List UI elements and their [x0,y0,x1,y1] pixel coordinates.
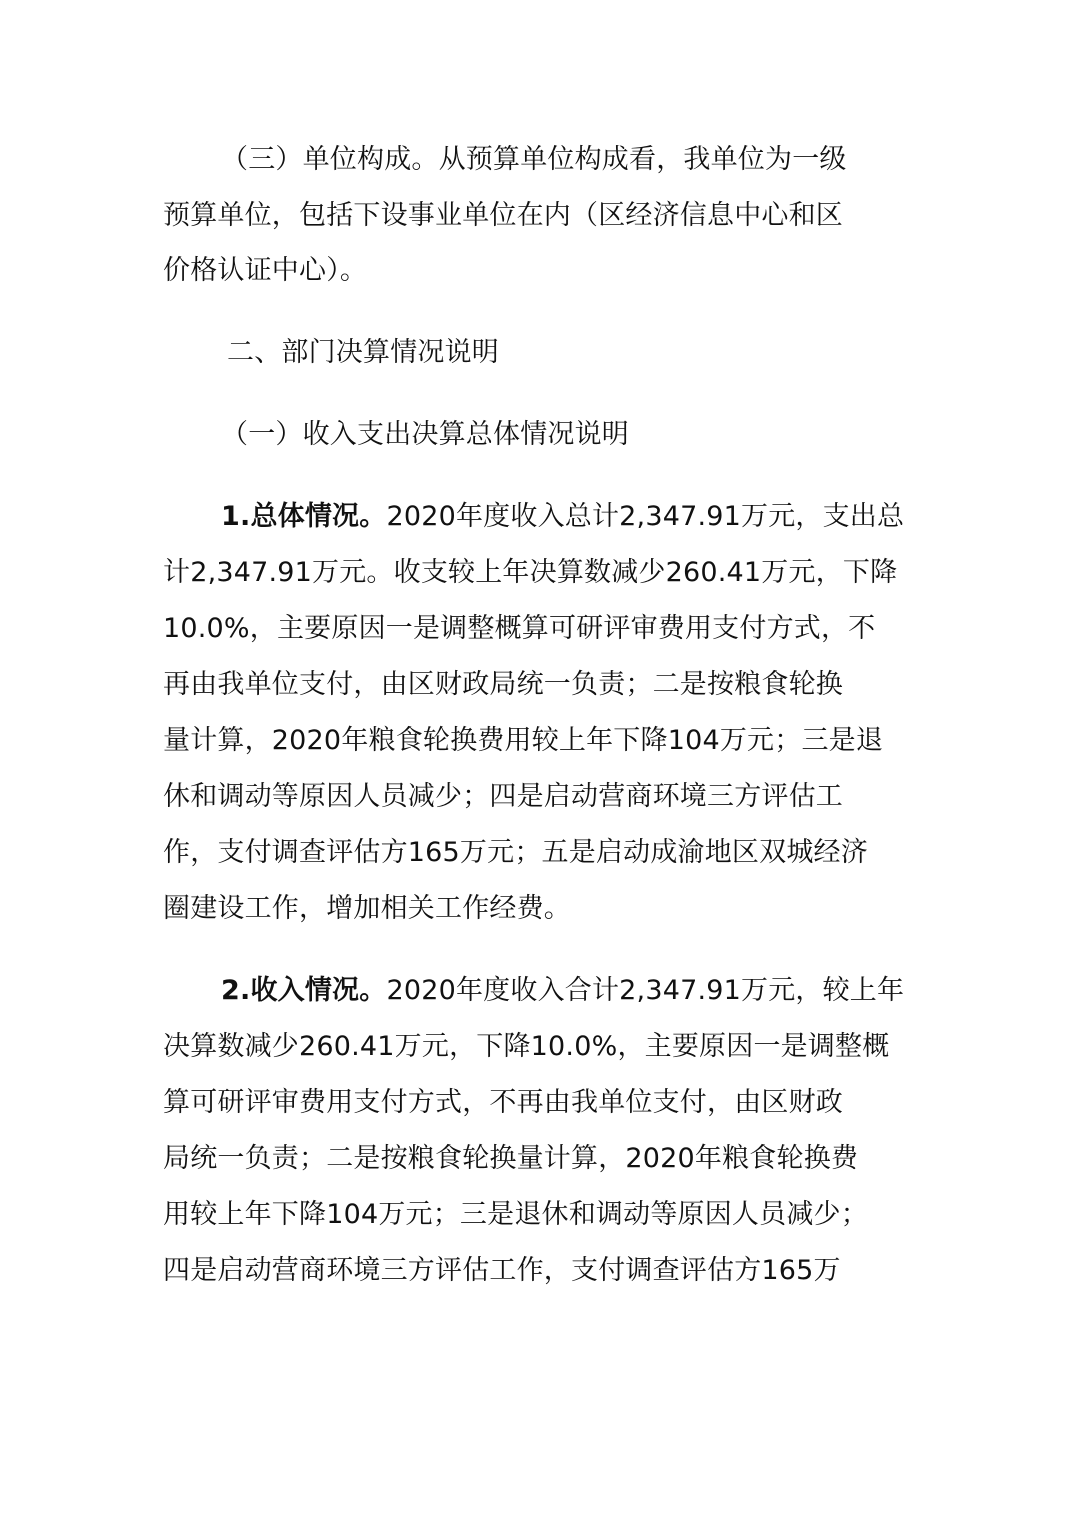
income-paragraph-line-1: 2.收入情况。2020年度收入合计2,347.91万元，较上年 [221,973,904,1009]
overall-paragraph-line-1: 1.总体情况。2020年度收入总计2,347.91万元，支出总 [221,499,904,535]
overall-paragraph-text-1: 2020年度收入总计2,347.91万元，支出总 [386,501,904,532]
income-paragraph-line-4: 局统一负责；二是按粮食轮换量计算，2020年粮食轮换费 [163,1141,858,1177]
overall-paragraph-line-8: 圈建设工作，增加相关工作经费。 [163,891,571,927]
income-paragraph-line-5: 用较上年下降104万元；三是退休和调动等原因人员减少； [163,1197,868,1233]
overall-paragraph-line-7: 作，支付调查评估方165万元；五是启动成渝地区双城经济 [163,835,868,871]
overall-paragraph-line-6: 休和调动等原因人员减少；四是启动营商环境三方评估工 [163,779,843,815]
income-paragraph-line-6: 四是启动营商环境三方评估工作，支付调查评估方165万 [163,1253,841,1289]
overall-paragraph-line-5: 量计算，2020年粮食轮换费用较上年下降104万元；三是退 [163,723,883,759]
unit-composition-line-2: 预算单位，包括下设事业单位在内（区经济信息中心和区 [163,198,843,234]
income-paragraph-line-2: 决算数减少260.41万元，下降10.0%，主要原因一是调整概 [163,1029,889,1065]
income-paragraph-line-3: 算可研评审费用支付方式，不再由我单位支付，由区财政 [163,1085,843,1121]
overall-paragraph-lead: 1.总体情况。 [221,501,386,532]
income-paragraph-lead: 2.收入情况。 [221,975,386,1006]
unit-composition-line-3: 价格认证中心）。 [163,253,367,289]
document-page: （三）单位构成。从预算单位构成看，我单位为一级 预算单位，包括下设事业单位在内（… [0,0,1075,1521]
section-heading-dept-final-accounts: 二、部门决算情况说明 [227,335,499,371]
overall-paragraph-line-2: 计2,347.91万元。收支较上年决算数减少260.41万元，下降 [163,555,897,591]
unit-composition-line-1: （三）单位构成。从预算单位构成看，我单位为一级 [221,142,847,178]
overall-paragraph-line-3: 10.0%，主要原因一是调整概算可研评审费用支付方式，不 [163,611,875,647]
income-paragraph-text-1: 2020年度收入合计2,347.91万元，较上年 [386,975,904,1006]
subsection-heading-income-expenditure: （一）收入支出决算总体情况说明 [221,417,629,453]
overall-paragraph-line-4: 再由我单位支付，由区财政局统一负责；二是按粮食轮换 [163,667,843,703]
